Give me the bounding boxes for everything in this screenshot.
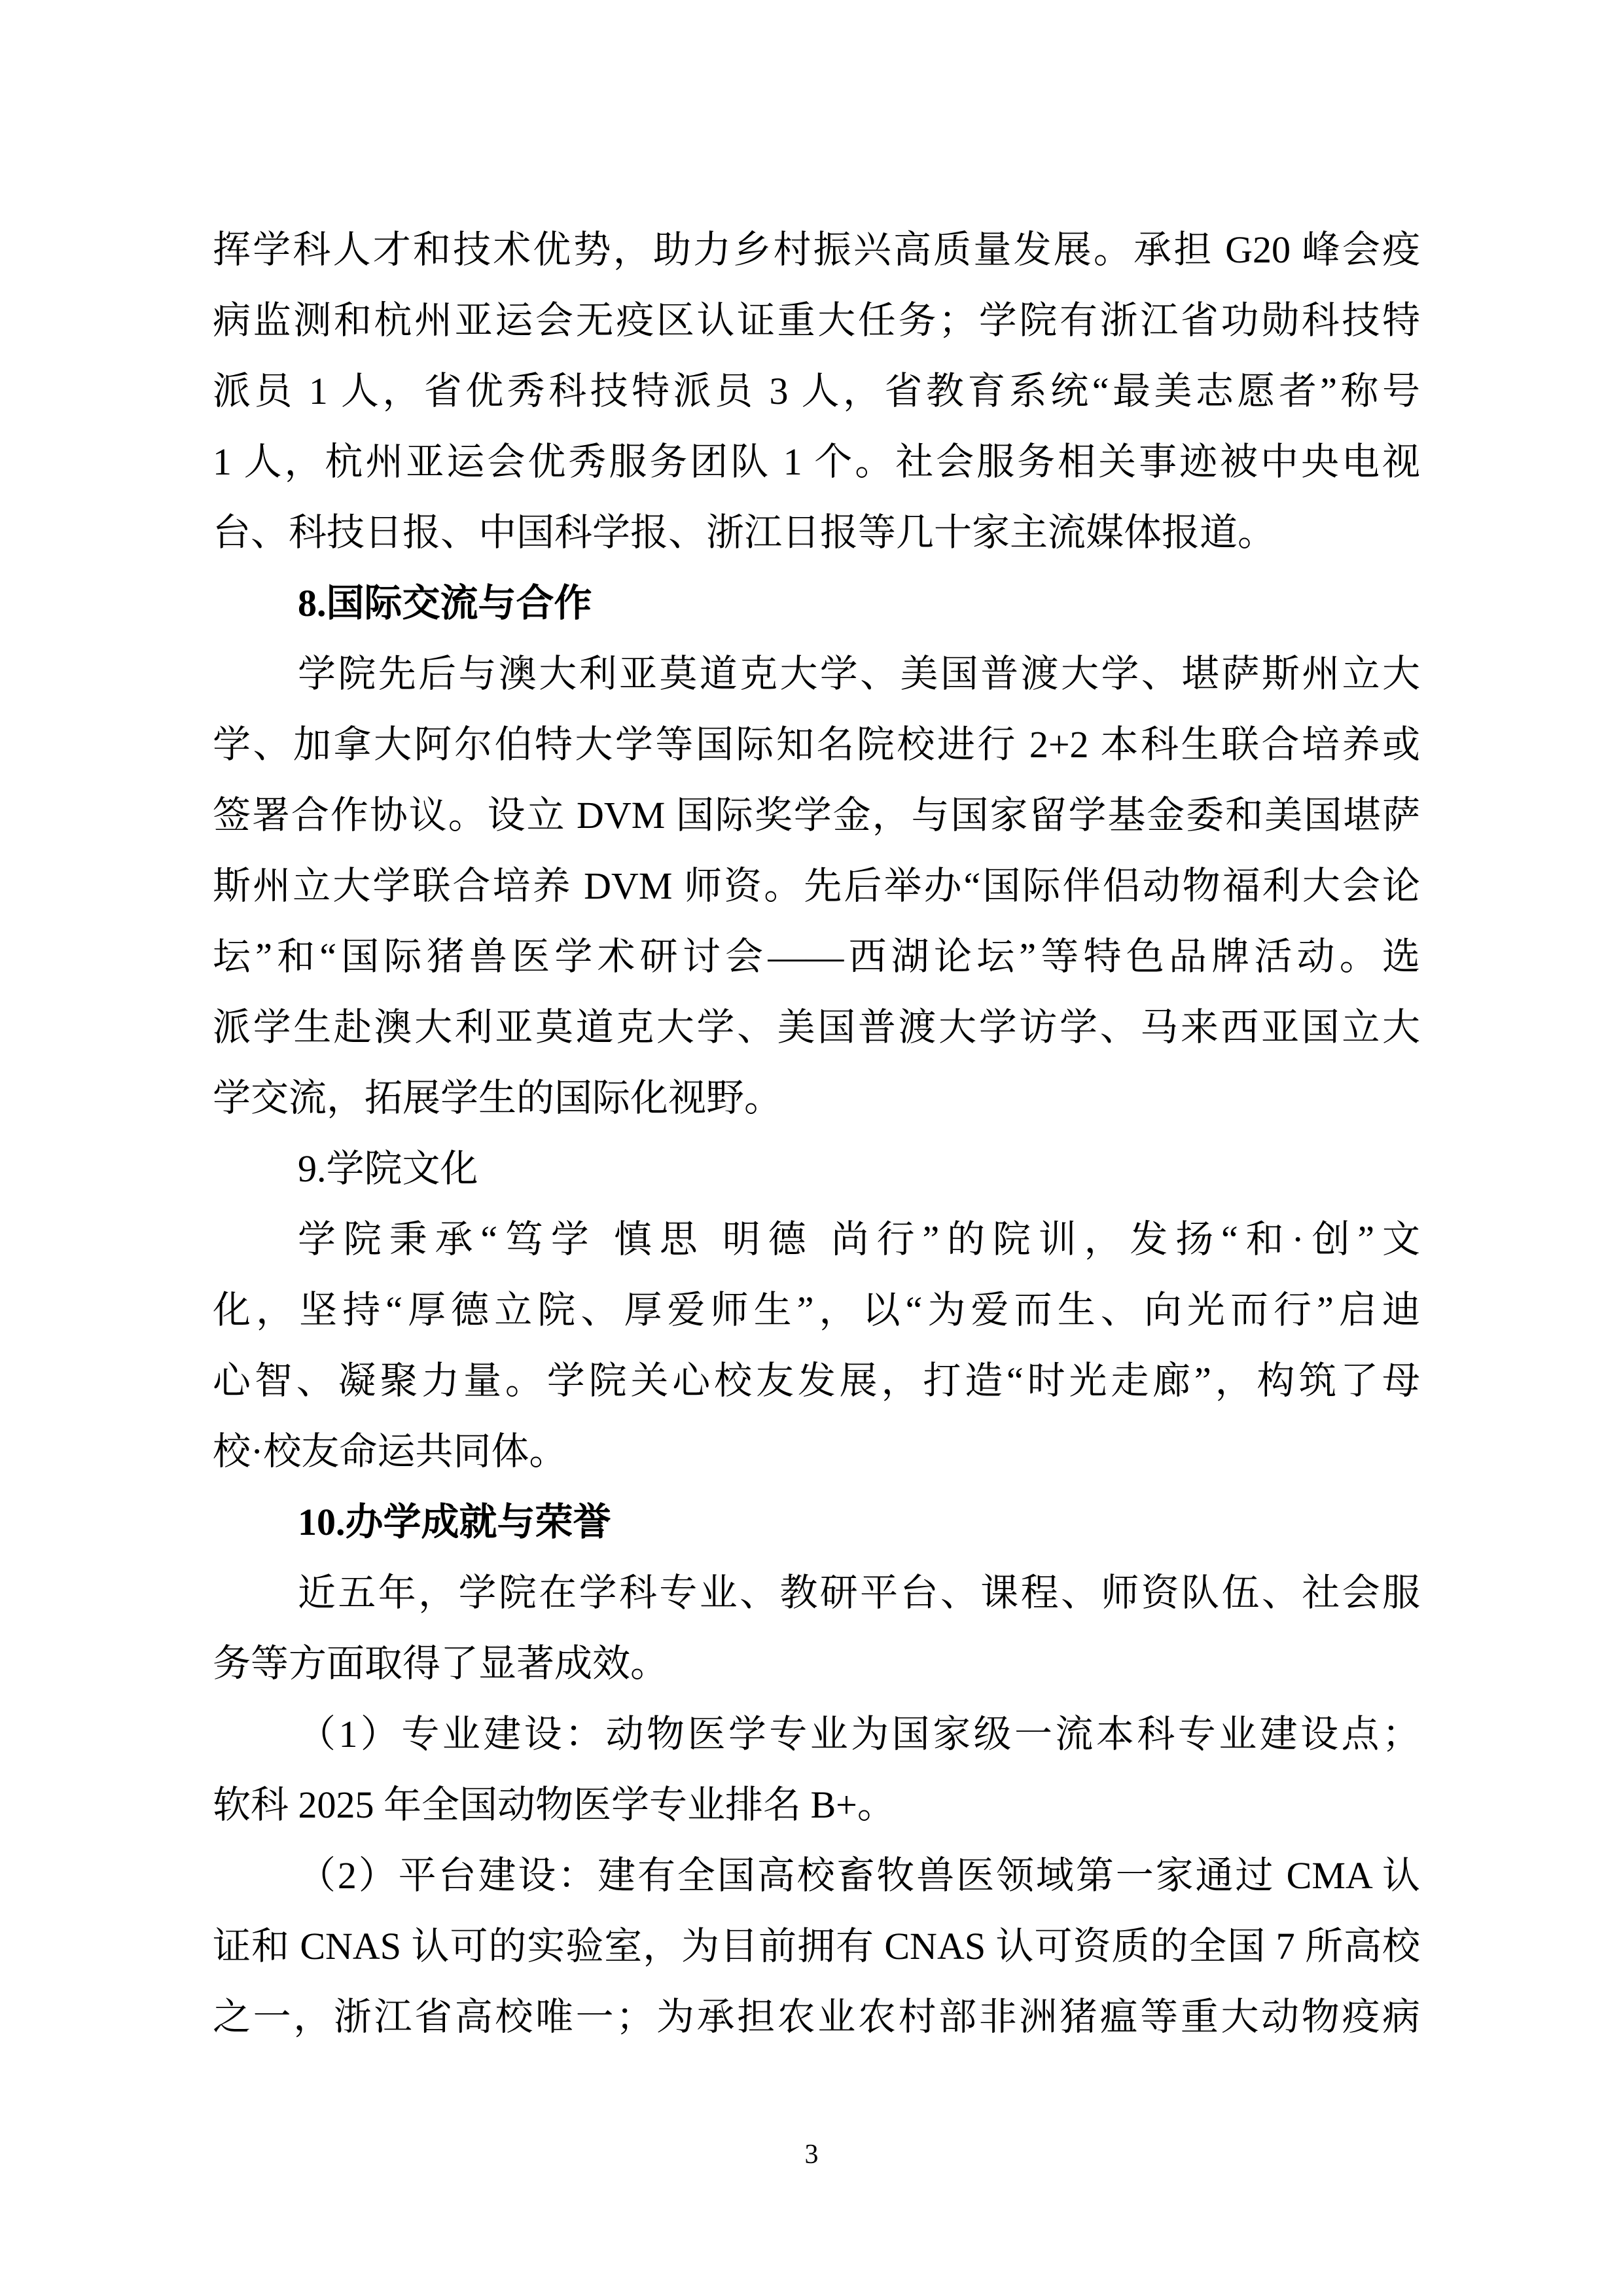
text-line: 学院秉承“笃学 慎思 明德 尚行”的院训，发扬“和·创”文 [213,1204,1420,1275]
document-body: 挥学科人才和技术优势，助力乡村振兴高质量发展。承担 G20 峰会疫病监测和杭州亚… [213,215,1420,2053]
text-line: 校·校友命运共同体。 [213,1416,1420,1487]
text-line: （1）专业建设：动物医学专业为国家级一流本科专业建设点； [213,1699,1420,1770]
text-line: 务等方面取得了显著成效。 [213,1628,1420,1699]
text-line: 证和 CNAS 认可的实验室，为目前拥有 CNAS 认可资质的全国 7 所高校 [213,1911,1420,1982]
text-line: （2）平台建设：建有全国高校畜牧兽医领域第一家通过 CMA 认 [213,1840,1420,1911]
section-heading: 9.学院文化 [213,1134,1420,1204]
document-page: 挥学科人才和技术优势，助力乡村振兴高质量发展。承担 G20 峰会疫病监测和杭州亚… [0,0,1623,2296]
text-line: 学院先后与澳大利亚莫道克大学、美国普渡大学、堪萨斯州立大 [213,639,1420,709]
page-number: 3 [0,2135,1623,2174]
section-heading: 8.国际交流与合作 [213,568,1420,639]
text-line: 心智、凝聚力量。学院关心校友发展，打造“时光走廊”，构筑了母 [213,1346,1420,1416]
text-line: 软科 2025 年全国动物医学专业排名 B+。 [213,1770,1420,1840]
text-line: 病监测和杭州亚运会无疫区认证重大任务；学院有浙江省功勋科技特 [213,285,1420,356]
text-line: 派学生赴澳大利亚莫道克大学、美国普渡大学访学、马来西亚国立大 [213,992,1420,1063]
text-line: 1 人，杭州亚运会优秀服务团队 1 个。社会服务相关事迹被中央电视 [213,427,1420,497]
text-line: 挥学科人才和技术优势，助力乡村振兴高质量发展。承担 G20 峰会疫 [213,215,1420,285]
text-line: 台、科技日报、中国科学报、浙江日报等几十家主流媒体报道。 [213,497,1420,568]
text-line: 斯州立大学联合培养 DVM 师资。先后举办“国际伴侣动物福利大会论 [213,851,1420,922]
text-line: 学、加拿大阿尔伯特大学等国际知名院校进行 2+2 本科生联合培养或 [213,709,1420,780]
text-line: 化，坚持“厚德立院、厚爱师生”，以“为爱而生、向光而行”启迪 [213,1275,1420,1346]
text-line: 近五年，学院在学科专业、教研平台、课程、师资队伍、社会服 [213,1558,1420,1628]
section-heading: 10.办学成就与荣誉 [213,1487,1420,1558]
text-line: 之一，浙江省高校唯一；为承担农业农村部非洲猪瘟等重大动物疫病 [213,1982,1420,2053]
text-line: 坛”和“国际猪兽医学术研讨会——西湖论坛”等特色品牌活动。选 [213,922,1420,992]
text-line: 学交流，拓展学生的国际化视野。 [213,1063,1420,1134]
text-line: 签署合作协议。设立 DVM 国际奖学金，与国家留学基金委和美国堪萨 [213,780,1420,851]
text-line: 派员 1 人，省优秀科技特派员 3 人，省教育系统“最美志愿者”称号 [213,356,1420,427]
